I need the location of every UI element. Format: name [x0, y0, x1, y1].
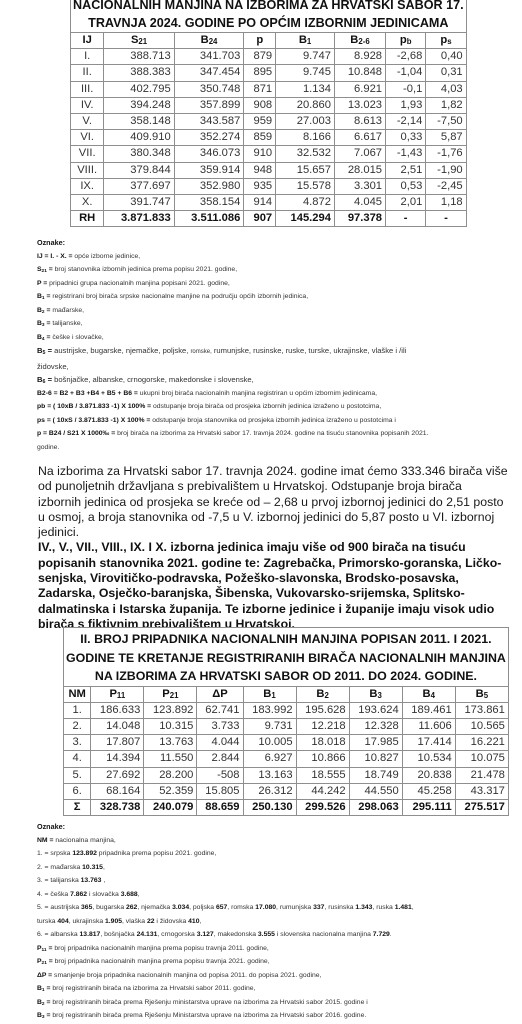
- table-cell: 32.532: [276, 146, 335, 162]
- table-cell: -2,68: [386, 49, 426, 65]
- table-cell: 895: [244, 65, 276, 81]
- table-caption: II. BROJ PRIPADNIKA NACIONALNIH MANJINA …: [64, 628, 509, 687]
- table-cell: -0,1: [386, 81, 426, 97]
- column-header: B4: [402, 686, 455, 702]
- total-cell: 88.659: [197, 799, 243, 815]
- table-cell: 6.921: [334, 81, 385, 97]
- legend-item: 4. = češka 7.862 i slovačka 3.688,: [37, 888, 507, 902]
- column-header: ΔP: [197, 686, 243, 702]
- text: broj registriranih birača prema Rješenju…: [50, 1012, 366, 1019]
- table-row: X.391.747358.1549144.8724.0452,011,18: [71, 195, 467, 211]
- table-cell: 358.148: [104, 114, 174, 130]
- legend-title: Oznake:: [37, 236, 507, 250]
- text: austrijske, bugarske, njemačke, poljske,: [54, 346, 190, 355]
- legend-item: B1 = broj registriranih birača na izbori…: [37, 982, 507, 996]
- subscript: 21: [170, 691, 179, 700]
- table-cell: 6.: [64, 783, 91, 799]
- total-cell: 275.517: [455, 799, 508, 815]
- subscript: 2-6: [358, 37, 369, 46]
- table-row: I.388.713341.7038799.7478.928-2,680,40: [71, 49, 467, 65]
- subscript: 3: [378, 691, 382, 700]
- legend-item: P11 = broj pripadnika nacionalnih manjin…: [37, 942, 507, 956]
- table-cell: 195.628: [296, 702, 349, 718]
- bold-value: 3.555: [258, 931, 275, 938]
- table-cell: 7.067: [334, 146, 385, 162]
- subscript: 4: [431, 691, 435, 700]
- legend-item: B2 = mađarske,: [37, 304, 507, 318]
- column-header: B2: [296, 686, 349, 702]
- legend-item: B4 = češke i slovačke,: [37, 331, 507, 345]
- table-national-minorities: II. BROJ PRIPADNIKA NACIONALNIH MANJINA …: [63, 627, 509, 816]
- caption-row: NACIONALNIH MANJINA NA IZBORIMA ZA HRVAT…: [71, 0, 467, 33]
- legend-item: židovske,: [37, 360, 507, 374]
- legend-item: ΔP = smanjenje broja pripadnika nacional…: [37, 969, 507, 983]
- table-cell: 17.985: [349, 735, 402, 751]
- legend-key: B3 =: [37, 320, 50, 327]
- table-cell: 8.928: [334, 49, 385, 65]
- text: opće izborne jedinice,: [73, 253, 141, 260]
- table-cell: V.: [71, 114, 104, 130]
- text: broj birača na izborima za Hrvatski sabo…: [115, 430, 428, 437]
- table-cell: 123.892: [144, 702, 197, 718]
- table-cell: 17.807: [91, 735, 144, 751]
- subscript: 2: [42, 1002, 45, 1007]
- table-cell: 11.550: [144, 751, 197, 767]
- table-cell: 377.697: [104, 178, 174, 194]
- legend-item: pb = ( 10xB / 3.871.833 -1) X 100% = ods…: [37, 400, 507, 414]
- text: broj registriranih birača na izborima za…: [50, 985, 255, 992]
- table-cell: 352.980: [174, 178, 244, 194]
- table-cell: 0,31: [426, 65, 466, 81]
- total-cell: 240.079: [144, 799, 197, 815]
- legend-item: B2-6 = B2 + B3 +B4 + B5 + B6 = ukupni br…: [37, 387, 507, 401]
- paragraph-bold-text: IV., V., VII., VIII., IX. I X. izborna j…: [38, 540, 501, 630]
- table-cell: 352.274: [174, 130, 244, 146]
- total-cell: 298.063: [349, 799, 402, 815]
- subscript: 11: [117, 691, 125, 700]
- table-cell: 15.657: [276, 162, 335, 178]
- table-cell: 8.613: [334, 114, 385, 130]
- header-row: IJS21B24pB1B2-6pbps: [71, 33, 467, 49]
- text: , njemačka: [137, 904, 172, 911]
- table-cell: II.: [71, 65, 104, 81]
- table-cell: 1,93: [386, 97, 426, 113]
- legend-key: B4 =: [37, 334, 50, 341]
- legend-item: p = B24 / S21 X 1000‰ = broj birača na i…: [37, 427, 507, 441]
- table-cell: 9.747: [276, 49, 335, 65]
- subscript: b: [407, 37, 412, 46]
- legend-key: ps = ( 10xS / 3.871.833 -1) X 100% =: [37, 417, 150, 424]
- legend-key: B2 =: [37, 307, 50, 314]
- bold-value: 7.729: [373, 931, 390, 938]
- column-header: P11: [91, 686, 144, 702]
- column-header: B1: [243, 686, 296, 702]
- table-cell: 20.838: [402, 767, 455, 783]
- text: 6. = albanska: [37, 931, 80, 938]
- table-cell: 44.242: [296, 783, 349, 799]
- legend-item: 6. = albanska 13.817, bošnjačka 24.131, …: [37, 928, 507, 942]
- bold-value: 17.080: [255, 904, 276, 911]
- bold-value: 13.763: [81, 877, 102, 884]
- subscript: 24: [209, 37, 218, 46]
- total-cell: 3.511.086: [174, 211, 244, 227]
- legend-key: B1 =: [37, 293, 50, 300]
- total-cell: -: [426, 211, 466, 227]
- text: češke i slovačke,: [50, 334, 103, 341]
- text: pripadnika prema popisu 2021. godine,: [97, 850, 216, 857]
- table-cell: 18.018: [296, 735, 349, 751]
- legend-item: turska 404, ukrajinska 1.905, vlaška 22 …: [37, 915, 507, 929]
- legend-key: B5 =: [37, 346, 54, 355]
- table-cell: 193.624: [349, 702, 402, 718]
- table-row: 3.17.80713.7634.04410.00518.01817.98517.…: [64, 735, 509, 751]
- table-cell: 189.461: [402, 702, 455, 718]
- text: godine.: [37, 444, 59, 451]
- bold-value: 404: [57, 918, 68, 925]
- table-cell: 409.910: [104, 130, 174, 146]
- table-cell: 0,40: [426, 49, 466, 65]
- total-cell: RH: [71, 211, 104, 227]
- legend-key: S21 =: [37, 266, 53, 273]
- text: ,: [412, 904, 414, 911]
- table-cell: 357.899: [174, 97, 244, 113]
- bold-value: 13.817: [80, 931, 101, 938]
- column-header: pb: [386, 33, 426, 49]
- table-cell: 935: [244, 178, 276, 194]
- table-row: 6.68.16452.35915.80526.31244.24244.55045…: [64, 783, 509, 799]
- subscript: 11: [42, 948, 47, 953]
- table-cell: 68.164: [91, 783, 144, 799]
- table-cell: -2,14: [386, 114, 426, 130]
- total-cell: 3.871.833: [104, 211, 174, 227]
- table-cell: 15.805: [197, 783, 243, 799]
- table-cell: 8.166: [276, 130, 335, 146]
- subscript: 1: [307, 37, 311, 46]
- table-cell: 20.860: [276, 97, 335, 113]
- table-cell: 959: [244, 114, 276, 130]
- table-cell: 17.414: [402, 735, 455, 751]
- table-cell: 10.827: [349, 751, 402, 767]
- legend-item: P = pripadnici grupa nacionalnih manjina…: [37, 277, 507, 291]
- table-cell: 10.848: [334, 65, 385, 81]
- table-row: VI.409.910352.2748598.1666.6170,335,87: [71, 130, 467, 146]
- table-cell: I.: [71, 49, 104, 65]
- table-cell: 1,18: [426, 195, 466, 211]
- text: , ukrajinska: [69, 918, 105, 925]
- subscript: 5: [42, 350, 45, 356]
- table-cell: 10.866: [296, 751, 349, 767]
- legend-key: B3 =: [37, 1012, 50, 1019]
- subscript: 5: [484, 691, 488, 700]
- table-cell: 15.578: [276, 178, 335, 194]
- bold-value: 3.688: [121, 891, 138, 898]
- text: registrirani broj birača srpske nacional…: [50, 293, 308, 300]
- table-cell: 12.328: [349, 718, 402, 734]
- column-header: p: [244, 33, 276, 49]
- legend-item: P21 = broj pripadnika nacionalnih manjin…: [37, 955, 507, 969]
- table-cell: 14.048: [91, 718, 144, 734]
- legend-item: S21 = broj stanovnika izbornih jedinica …: [37, 263, 507, 277]
- legend-key: NM =: [37, 837, 53, 844]
- legend-key: B2-6 = B2 + B3 +B4 + B5 + B6 =: [37, 390, 138, 397]
- legend-item: B3 = broj registriranih birača prema Rje…: [37, 1009, 507, 1023]
- table-cell: 379.844: [104, 162, 174, 178]
- legend-item: B3 = talijanske,: [37, 317, 507, 331]
- table-cell: -508: [197, 767, 243, 783]
- table-cell: 12.218: [296, 718, 349, 734]
- legend-key: B2 =: [37, 999, 50, 1006]
- subscript: 1: [42, 296, 45, 301]
- legend-key: IJ = I. - X. =: [37, 253, 73, 260]
- text: broj pripadnika nacionalnih manjina prem…: [52, 945, 268, 952]
- total-cell: 250.130: [243, 799, 296, 815]
- table-row: 2.14.04810.3153.7339.73112.21812.32811.6…: [64, 718, 509, 734]
- table-cell: 6.927: [243, 751, 296, 767]
- table-cell: 62.741: [197, 702, 243, 718]
- total-cell: 299.526: [296, 799, 349, 815]
- text: , rusinska: [324, 904, 355, 911]
- table-cell: 2.: [64, 718, 91, 734]
- table-cell: 21.478: [455, 767, 508, 783]
- bold-value: 22: [147, 918, 155, 925]
- table-cell: 26.312: [243, 783, 296, 799]
- table-row: VII.380.348346.07391032.5327.067-1,43-1,…: [71, 146, 467, 162]
- table-cell: IX.: [71, 178, 104, 194]
- subscript: 2: [42, 310, 45, 315]
- text: , bugarska: [92, 904, 126, 911]
- legend-key: P11 =: [37, 945, 52, 952]
- text: .: [390, 931, 392, 938]
- text: 2. = mađarska: [37, 864, 82, 871]
- bold-value: 3.127: [197, 931, 214, 938]
- text: ,: [101, 877, 105, 884]
- table-cell: 0,33: [386, 130, 426, 146]
- total-row: Σ328.738240.07988.659250.130299.526298.0…: [64, 799, 509, 815]
- text: , crnogorska: [157, 931, 196, 938]
- caption-row: II. BROJ PRIPADNIKA NACIONALNIH MANJINA …: [64, 628, 509, 687]
- column-header: B2-6: [334, 33, 385, 49]
- table-cell: 10.315: [144, 718, 197, 734]
- legend-table-1: Oznake:IJ = I. - X. = opće izborne jedin…: [37, 236, 507, 454]
- table-cell: 10.534: [402, 751, 455, 767]
- text: romske,: [190, 349, 211, 355]
- text: broj stanovnika izbornih jedinica prema …: [53, 266, 237, 273]
- text: , romska: [227, 904, 255, 911]
- legend-item: 1. = srpska 123.892 pripadnika prema pop…: [37, 847, 507, 861]
- text: , bošnjačka: [100, 931, 136, 938]
- table-cell: VIII.: [71, 162, 104, 178]
- text: odstupanje broja stanovnika od prosjeka …: [150, 417, 396, 424]
- table-cell: 13.763: [144, 735, 197, 751]
- total-cell: 295.111: [402, 799, 455, 815]
- text: , makedonska: [214, 931, 258, 938]
- text: ukupni broj birača nacionalnih manjina r…: [138, 390, 377, 397]
- table-cell: X.: [71, 195, 104, 211]
- total-cell: 145.294: [276, 211, 335, 227]
- table-cell: 859: [244, 130, 276, 146]
- subscript: 21: [42, 961, 47, 966]
- text: 5. = austrijska: [37, 904, 81, 911]
- table-cell: 346.073: [174, 146, 244, 162]
- subscript: 4: [42, 337, 45, 342]
- table-cell: -7,50: [426, 114, 466, 130]
- legend-item: B1 = registrirani broj birača srpske nac…: [37, 290, 507, 304]
- column-header: B24: [174, 33, 244, 49]
- total-cell: Σ: [64, 799, 91, 815]
- legend-item: 3. = talijanska 13.763 ,: [37, 874, 507, 888]
- table-cell: 4.872: [276, 195, 335, 211]
- table-cell: 343.587: [174, 114, 244, 130]
- table-cell: 6.617: [334, 130, 385, 146]
- text: i slovenska nacionalna manjina: [275, 931, 373, 938]
- table-cell: 186.633: [91, 702, 144, 718]
- table-cell: 1,82: [426, 97, 466, 113]
- table-cell: 4.: [64, 751, 91, 767]
- total-row: RH3.871.8333.511.086907145.29497.378--: [71, 211, 467, 227]
- subscript: 21: [42, 269, 47, 274]
- table-cell: 359.914: [174, 162, 244, 178]
- table-row: IX.377.697352.98093515.5783.3010,53-2,45: [71, 178, 467, 194]
- bold-value: 123.892: [72, 850, 97, 857]
- table-cell: -1,43: [386, 146, 426, 162]
- total-cell: -: [386, 211, 426, 227]
- table-cell: 388.713: [104, 49, 174, 65]
- legend-item: 5. = austrijska 365, bugarska 262, njema…: [37, 901, 507, 915]
- table-cell: 28.015: [334, 162, 385, 178]
- column-header: S21: [104, 33, 174, 49]
- table-cell: 10.075: [455, 751, 508, 767]
- text: talijanske,: [50, 320, 82, 327]
- table-cell: 908: [244, 97, 276, 113]
- text: rumunjske, rusinske, ruske, turske, ukra…: [212, 346, 407, 355]
- table-cell: -2,45: [426, 178, 466, 194]
- subscript: s: [447, 37, 451, 46]
- subscript: 6: [42, 379, 45, 385]
- table-cell: 5,87: [426, 130, 466, 146]
- table-cell: VI.: [71, 130, 104, 146]
- table-cell: 27.692: [91, 767, 144, 783]
- total-cell: 97.378: [334, 211, 385, 227]
- bold-value: 24.131: [137, 931, 158, 938]
- table-cell: 402.795: [104, 81, 174, 97]
- bold-value: 410: [188, 918, 199, 925]
- legend-key: p = B24 / S21 X 1000‰ =: [37, 430, 115, 437]
- table-cell: 1.134: [276, 81, 335, 97]
- table-cell: 45.258: [402, 783, 455, 799]
- table-voters-by-electoral-unit: NACIONALNIH MANJINA NA IZBORIMA ZA HRVAT…: [70, 0, 467, 227]
- text: ,: [103, 864, 105, 871]
- bold-value: 1.343: [355, 904, 372, 911]
- header-row: NMP11P21ΔPB1B2B3B4B5: [64, 686, 509, 702]
- table-cell: 173.861: [455, 702, 508, 718]
- text: ,: [138, 891, 140, 898]
- table-cell: 10.565: [455, 718, 508, 734]
- text: , vlaška: [122, 918, 147, 925]
- table-cell: 0,53: [386, 178, 426, 194]
- table-cell: 910: [244, 146, 276, 162]
- table-cell: 10.005: [243, 735, 296, 751]
- table-cell: 13.023: [334, 97, 385, 113]
- legend-key: B1 =: [37, 985, 50, 992]
- table-cell: -1,76: [426, 146, 466, 162]
- table-cell: 2,51: [386, 162, 426, 178]
- table-cell: 948: [244, 162, 276, 178]
- table-cell: III.: [71, 81, 104, 97]
- table-row: II.388.383347.4548959.74510.848-1,040,31: [71, 65, 467, 81]
- text: broj pripadnika nacionalnih manjina prem…: [53, 958, 270, 965]
- table-cell: 394.248: [104, 97, 174, 113]
- table-cell: 11.606: [402, 718, 455, 734]
- table-cell: 3.301: [334, 178, 385, 194]
- subscript: 1: [42, 988, 45, 993]
- text: 4. = češka: [37, 891, 70, 898]
- text: broj registriranih birača prema Rješenju…: [50, 999, 367, 1006]
- table-cell: 4,03: [426, 81, 466, 97]
- text: odstupanje broja birača od prosjeka izbo…: [151, 403, 381, 410]
- table-row: 5.27.69228.200-50813.16318.55518.74920.8…: [64, 767, 509, 783]
- table-cell: 5.: [64, 767, 91, 783]
- table-cell: 380.348: [104, 146, 174, 162]
- table-cell: -1,04: [386, 65, 426, 81]
- legend-key: P21 =: [37, 958, 53, 965]
- analysis-paragraph: Na izborima za Hrvatski sabor 17. travnj…: [38, 464, 508, 632]
- paragraph-text: Na izborima za Hrvatski sabor 17. travnj…: [38, 464, 508, 539]
- table-cell: IV.: [71, 97, 104, 113]
- table-cell: 4.044: [197, 735, 243, 751]
- table-row: VIII.379.844359.91494815.65728.0152,51-1…: [71, 162, 467, 178]
- text: mađarske,: [50, 307, 84, 314]
- table-cell: 27.003: [276, 114, 335, 130]
- total-cell: 328.738: [91, 799, 144, 815]
- text: , poljska: [189, 904, 216, 911]
- bold-value: 657: [216, 904, 227, 911]
- text: , ruska: [372, 904, 394, 911]
- text: pripadnici grupa nacionalnih manjina pop…: [47, 280, 230, 287]
- legend-key: B6 =: [37, 375, 54, 384]
- bold-value: 262: [126, 904, 137, 911]
- table-row: V.358.148343.58795927.0038.613-2,14-7,50: [71, 114, 467, 130]
- text: i židovska: [155, 918, 189, 925]
- column-header: B1: [276, 33, 335, 49]
- legend-item: godine.: [37, 441, 507, 455]
- column-header: IJ: [71, 33, 104, 49]
- table-cell: 871: [244, 81, 276, 97]
- table-cell: 914: [244, 195, 276, 211]
- legend-item: NM = nacionalna manjina,: [37, 834, 507, 848]
- table-cell: 879: [244, 49, 276, 65]
- table-cell: 13.163: [243, 767, 296, 783]
- legend-item: 2. = mađarska 10.315,: [37, 861, 507, 875]
- column-header: B3: [349, 686, 402, 702]
- table-cell: 2,01: [386, 195, 426, 211]
- bold-value: 3.034: [172, 904, 189, 911]
- table-cell: 9.731: [243, 718, 296, 734]
- table-cell: 2.844: [197, 751, 243, 767]
- table-row: III.402.795350.7488711.1346.921-0,14,03: [71, 81, 467, 97]
- bold-value: 7.862: [70, 891, 87, 898]
- subscript: 1: [271, 691, 275, 700]
- legend-item: B5 = austrijske, bugarske, njemačke, pol…: [37, 344, 507, 360]
- bold-value: 1.905: [105, 918, 122, 925]
- text: , rumunjska: [276, 904, 313, 911]
- legend-key: pb = ( 10xB / 3.871.833 -1) X 100% =: [37, 403, 151, 410]
- text: židovske,: [37, 362, 69, 371]
- text: nacionalna manjina,: [53, 837, 115, 844]
- table-cell: 18.555: [296, 767, 349, 783]
- legend-item: ps = ( 10xS / 3.871.833 -1) X 100% = ods…: [37, 414, 507, 428]
- table-caption: NACIONALNIH MANJINA NA IZBORIMA ZA HRVAT…: [71, 0, 467, 33]
- table-row: IV.394.248357.89990820.86013.0231,931,82: [71, 97, 467, 113]
